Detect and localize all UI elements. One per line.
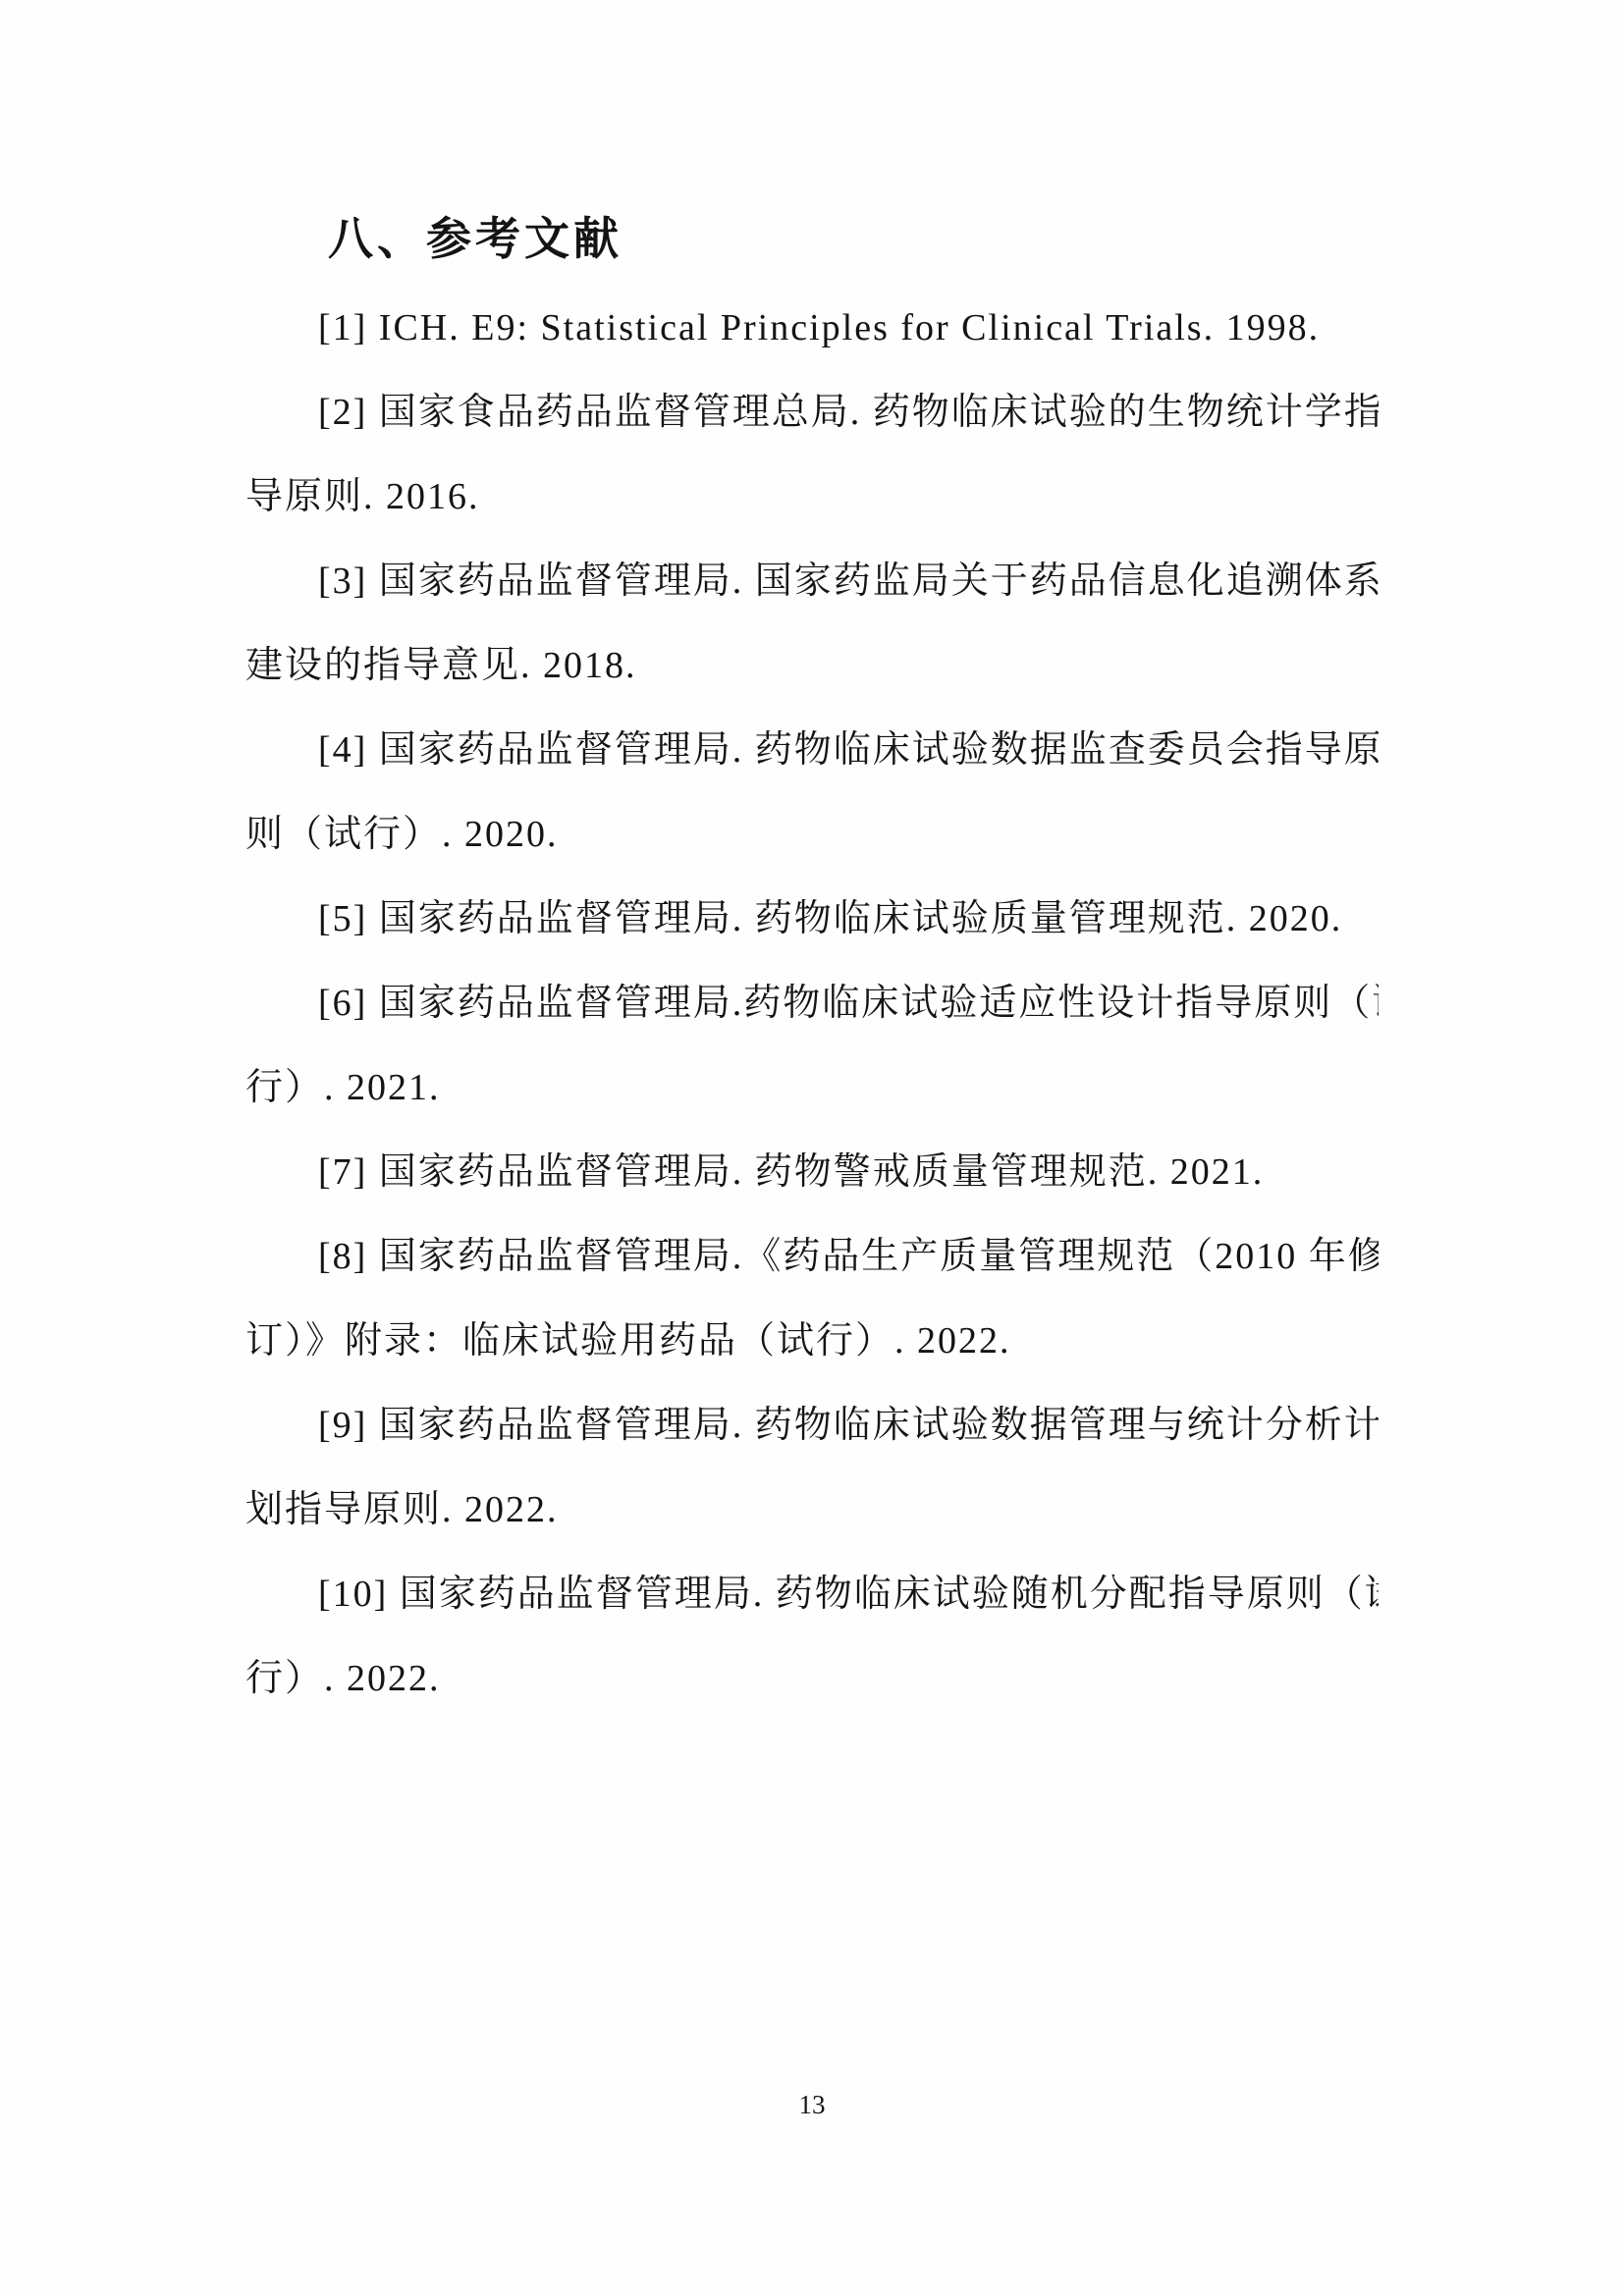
reference-item: [2] 国家食品药品监督管理总局. 药物临床试验的生物统计学指导原则. 2016…: [245, 370, 1379, 539]
reference-line: 则（试行）. 2020.: [245, 792, 1379, 877]
reference-item: [6] 国家药品监督管理局.药物临床试验适应性设计指导原则（试行）. 2021.: [245, 961, 1379, 1130]
reference-line: [3] 国家药品监督管理局. 国家药监局关于药品信息化追溯体系: [245, 539, 1379, 623]
reference-line: [7] 国家药品监督管理局. 药物警戒质量管理规范. 2021.: [245, 1130, 1379, 1214]
reference-line: 行）. 2021.: [245, 1045, 1379, 1130]
reference-item: [5] 国家药品监督管理局. 药物临床试验质量管理规范. 2020.: [245, 877, 1379, 961]
reference-line: 行）. 2022.: [245, 1636, 1379, 1721]
reference-line: [9] 国家药品监督管理局. 药物临床试验数据管理与统计分析计: [245, 1383, 1379, 1468]
reference-line: [5] 国家药品监督管理局. 药物临床试验质量管理规范. 2020.: [245, 877, 1379, 961]
reference-line: 划指导原则. 2022.: [245, 1468, 1379, 1552]
reference-line: [6] 国家药品监督管理局.药物临床试验适应性设计指导原则（试: [245, 961, 1379, 1045]
reference-line: [1] ICH. E9: Statistical Principles for …: [245, 286, 1379, 370]
reference-line: [2] 国家食品药品监督管理总局. 药物临床试验的生物统计学指: [245, 370, 1379, 454]
reference-line: [10] 国家药品监督管理局. 药物临床试验随机分配指导原则（试: [245, 1552, 1379, 1636]
reference-line: 建设的指导意见. 2018.: [245, 623, 1379, 708]
reference-item: [3] 国家药品监督管理局. 国家药监局关于药品信息化追溯体系建设的指导意见. …: [245, 539, 1379, 708]
reference-item: [4] 国家药品监督管理局. 药物临床试验数据监查委员会指导原则（试行）. 20…: [245, 708, 1379, 877]
reference-item: [7] 国家药品监督管理局. 药物警戒质量管理规范. 2021.: [245, 1130, 1379, 1214]
reference-item: [9] 国家药品监督管理局. 药物临床试验数据管理与统计分析计划指导原则. 20…: [245, 1383, 1379, 1552]
reference-item: [8] 国家药品监督管理局.《药品生产质量管理规范（2010 年修订）》附录：临…: [245, 1214, 1379, 1383]
reference-list: [1] ICH. E9: Statistical Principles for …: [245, 286, 1379, 1721]
page-number: 13: [0, 2089, 1624, 2120]
reference-line: [4] 国家药品监督管理局. 药物临床试验数据监查委员会指导原: [245, 708, 1379, 792]
reference-line: 导原则. 2016.: [245, 454, 1379, 539]
reference-item: [10] 国家药品监督管理局. 药物临床试验随机分配指导原则（试行）. 2022…: [245, 1552, 1379, 1721]
reference-line: [8] 国家药品监督管理局.《药品生产质量管理规范（2010 年修: [245, 1214, 1379, 1299]
section-heading: 八、参考文献: [245, 214, 1379, 264]
reference-line: 订）》附录：临床试验用药品（试行）. 2022.: [245, 1299, 1379, 1383]
reference-item: [1] ICH. E9: Statistical Principles for …: [245, 286, 1379, 370]
document-page: 八、参考文献 [1] ICH. E9: Statistical Principl…: [0, 0, 1624, 2296]
